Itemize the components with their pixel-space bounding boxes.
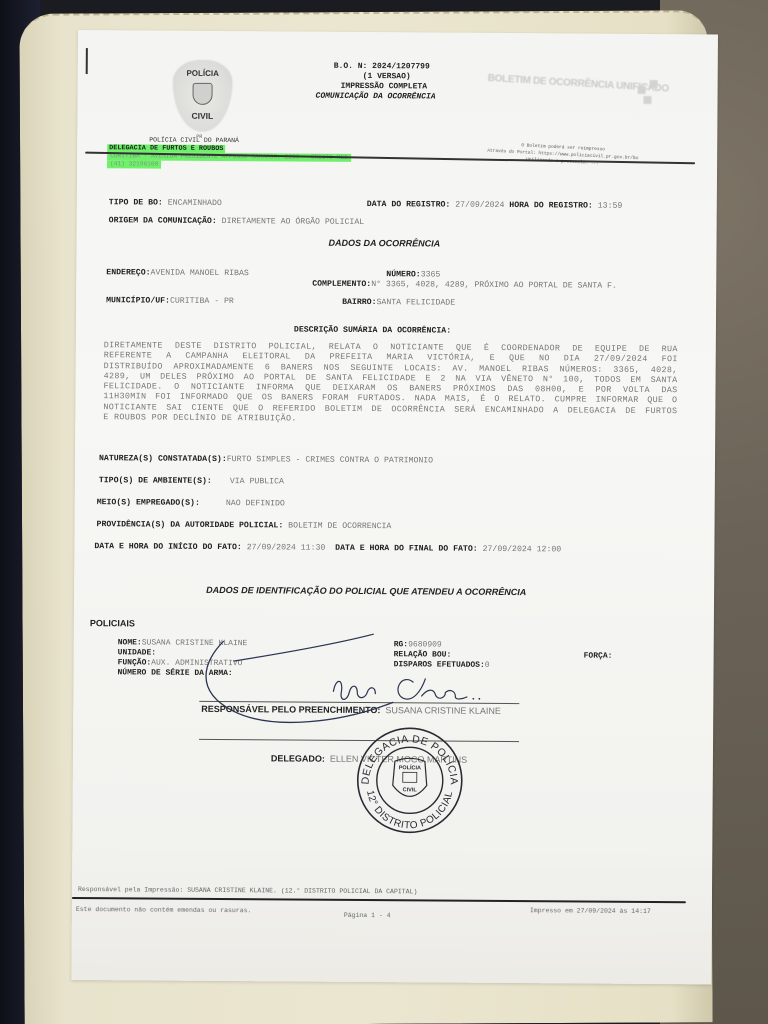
badge-bottom-text: CIVIL <box>173 111 231 122</box>
reprint-notice: O Boletim poderá ser reimpresso Através … <box>487 142 639 170</box>
police-report-page: POLÍCIA CIVIL PR POLÍCIA CIVIL DO PARANÁ… <box>71 30 718 984</box>
footer-divider <box>72 897 686 903</box>
natureza-row: NATUREZA(S) CONSTATADA(S):FURTO SIMPLES … <box>99 454 433 467</box>
badge-top-text: POLÍCIA <box>174 69 232 79</box>
numero-row: NÚMERO:3365 <box>386 270 440 281</box>
shield-icon <box>192 83 212 105</box>
complemento-row: COMPLEMENTO:N° 3365, 4028, 4289, PRÓXIMO… <box>312 280 617 292</box>
endereco-row: ENDEREÇO:AVENIDA MANOEL RIBAS <box>106 268 249 279</box>
data-registro-row: DATA DO REGISTRO: 27/09/2024 HORA DO REG… <box>367 200 623 212</box>
print-type: IMPRESSÃO COMPLETA <box>341 82 427 93</box>
policia-civil-badge-icon: POLÍCIA CIVIL <box>173 61 231 131</box>
descricao-title: DESCRIÇÃO SUMÁRIA DA OCORRÊNCIA: <box>294 326 451 337</box>
serie-arma-row: NÚMERO DE SÉRIE DA ARMA: <box>117 668 232 679</box>
unit-phone: (41) 32196100 <box>107 160 161 168</box>
svg-text:POLÍCIA: POLÍCIA <box>399 763 421 771</box>
margin-mark <box>86 48 88 74</box>
data-fato-row: DATA E HORA DO INÍCIO DO FATO: 27/09/202… <box>94 542 561 556</box>
ambiente-row: TIPO(S) DE AMBIENTE(S):VIA PUBLICA <box>99 476 284 488</box>
tipo-bo-row: TIPO DE BO: ENCAMINHADO <box>109 198 222 209</box>
page-number: Página 1 - 4 <box>344 912 391 920</box>
municipio-row: MUNICÍPIO/UF:CURITIBA - PR <box>106 296 234 307</box>
responsavel-row: RESPONSÁVEL PELO PREENCHIMENTO: SUSANA C… <box>201 704 501 718</box>
svg-text:12° DISTRITO POLICIAL: 12° DISTRITO POLICIAL <box>364 789 456 831</box>
delegacia-stamp-icon: DELEGACIA DE POLÍCIA 12° DISTRITO POLICI… <box>354 725 465 836</box>
svg-text:DELEGACIA DE POLÍCIA: DELEGACIA DE POLÍCIA <box>360 733 461 785</box>
descricao-text: DIRETAMENTE DESTE DISTRITO POLICIAL, REL… <box>103 340 678 426</box>
origem-row: ORIGEM DA COMUNICAÇÃO: DIRETAMENTE AO ÓR… <box>109 216 365 228</box>
meio-row: MEIO(S) EMPREGADO(S):NAO DEFINIDO <box>97 498 285 510</box>
unidade-row: UNIDADE: <box>118 648 156 658</box>
forca-row: FORÇA: <box>584 652 613 662</box>
rg-row: RG:9680909 <box>394 640 442 650</box>
impresso-em: Impresso em 27/09/2024 às 14:17 <box>530 907 651 916</box>
impressao-responsavel: Responsável pela Impressão: SUSANA CRIST… <box>78 886 417 896</box>
section-title-ocorrencia: DADOS DA OCORRÊNCIA <box>328 238 440 250</box>
svg-text:CIVIL: CIVIL <box>403 787 418 793</box>
sem-rasuras-note: Este documento não contém emendas ou ras… <box>76 906 252 915</box>
policiais-label: POLICIAIS <box>90 618 135 630</box>
bo-version: (1 VERSAO) <box>363 72 411 82</box>
bo-number: B.O. N: 2024/1207799 <box>334 62 430 73</box>
disparos-row: DISPAROS EFETUADOS:0 <box>394 660 490 671</box>
relacao-row: RELAÇÃO BOU: <box>394 650 452 660</box>
document-type: COMUNICAÇÃO DA OCORRÊNCIA <box>316 92 436 103</box>
providencia-row: PROVIDÊNCIA(S) DA AUTORIDADE POLICIAL: B… <box>97 520 392 532</box>
bairro-row: BAIRRO:SANTA FELICIDADE <box>342 298 455 309</box>
section-title-policial: DADOS DE IDENTIFICAÇÃO DO POLICIAL QUE A… <box>206 585 526 598</box>
